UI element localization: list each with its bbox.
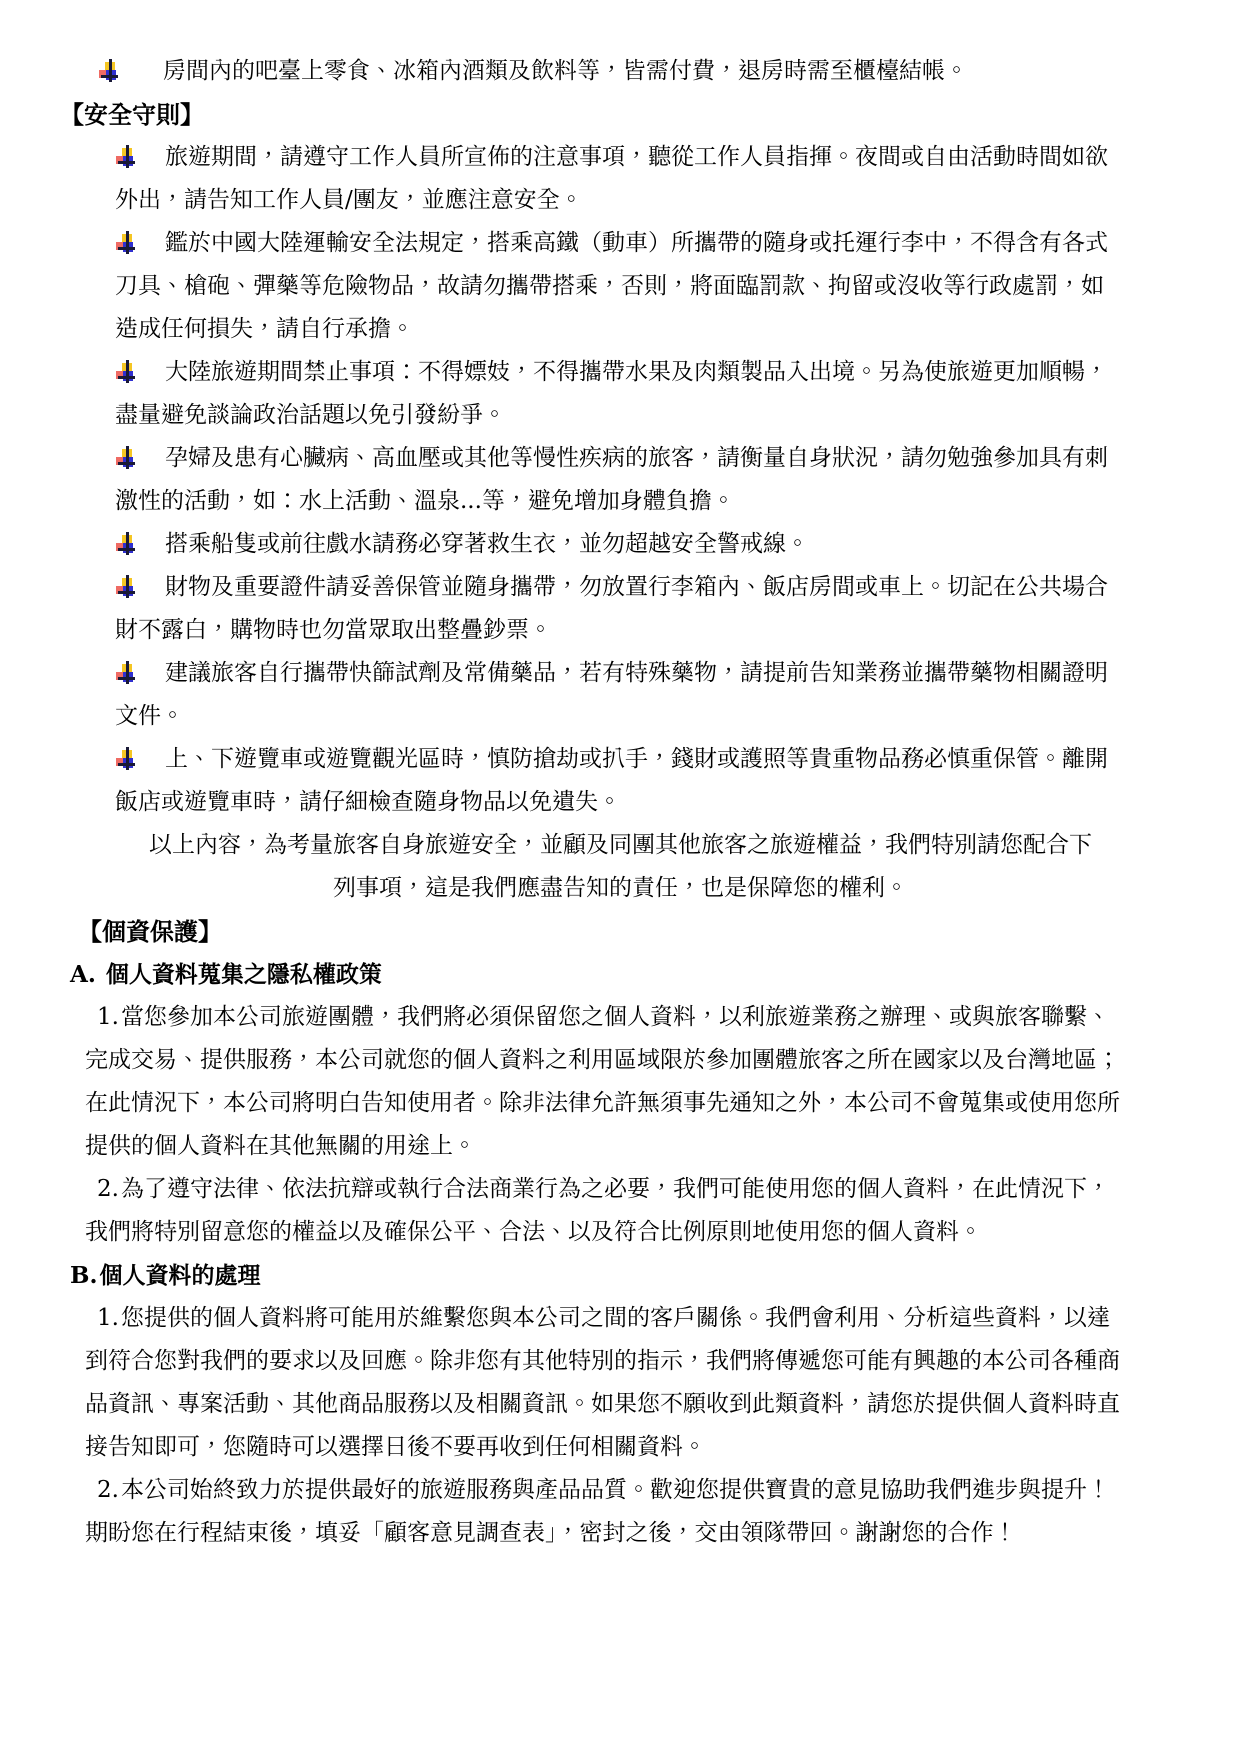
closing-paragraph: 以上內容，為考量旅客自身旅遊安全，並顧及同團其他旅客之旅遊權益，我們特別請您配合… xyxy=(120,824,1121,910)
down-arrow-bullet-icon xyxy=(115,747,135,770)
numbered-paragraph: 2.為了遵守法律、依法抗辯或執行合法商業行為之必要，我們可能使用您的個人資料，在… xyxy=(85,1168,1123,1254)
numbered-paragraph: 2.本公司始終致力於提供最好的旅遊服務與產品品質。歡迎您提供寶貴的意見協助我們進… xyxy=(85,1469,1123,1555)
list-item-text: 鑑於中國大陸運輸安全法規定，搭乘高鐵（動車）所攜帶的隨身或托運行李中，不得含有各… xyxy=(115,230,1108,342)
down-arrow-bullet-icon xyxy=(115,360,135,383)
down-arrow-bullet-icon xyxy=(115,145,135,168)
closing-line: 列事項，這是我們應盡告知的責任，也是保障您的權利。 xyxy=(333,875,908,901)
item-number: 1. xyxy=(97,1004,119,1030)
section-title-text: 個人資料的處理 xyxy=(99,1262,260,1289)
list-item: 孕婦及患有心臟病、高血壓或其他等慢性疾病的旅客，請衡量自身狀況，請勿勉強參加具有… xyxy=(115,437,1123,523)
privacy-section-b-heading: B.個人資料的處理 xyxy=(70,1254,1181,1297)
paragraph-text: 本公司始終致力於提供最好的旅遊服務與產品品質。歡迎您提供寶貴的意見協助我們進步與… xyxy=(85,1477,1110,1546)
down-arrow-bullet-icon xyxy=(98,59,118,82)
list-item: 財物及重要證件請妥善保管並隨身攜帶，勿放置行李箱內、飯店房間或車上。切記在公共場… xyxy=(115,566,1123,652)
down-arrow-bullet-icon xyxy=(115,231,135,254)
section-marker: A. xyxy=(70,953,96,996)
list-item: 鑑於中國大陸運輸安全法規定，搭乘高鐵（動車）所攜帶的隨身或托運行李中，不得含有各… xyxy=(115,222,1123,351)
section-title-safety: 【安全守則】 xyxy=(60,93,1181,136)
numbered-paragraph: 1.當您參加本公司旅遊團體，我們將必須保留您之個人資料，以利旅遊業務之辦理、或與… xyxy=(85,996,1123,1168)
privacy-section-a-heading: A.個人資料蒐集之隱私權政策 xyxy=(70,953,1181,996)
item-number: 2. xyxy=(97,1176,119,1202)
numbered-paragraph: 1.您提供的個人資料將可能用於維繫您與本公司之間的客戶關係。我們會利用、分析這些… xyxy=(85,1297,1123,1469)
document-page: 房間內的吧臺上零食、冰箱內酒類及飲料等，皆需付費，退房時需至櫃檯結帳。 【安全守… xyxy=(0,0,1241,1755)
list-item: 大陸旅遊期間禁止事項：不得嫖妓，不得攜帶水果及肉類製品入出境。另為使旅遊更加順暢… xyxy=(115,351,1123,437)
section-title-privacy: 【個資保護】 xyxy=(78,910,1181,953)
down-arrow-bullet-icon xyxy=(115,575,135,598)
paragraph-text: 您提供的個人資料將可能用於維繫您與本公司之間的客戶關係。我們會利用、分析這些資料… xyxy=(85,1305,1120,1460)
list-item: 建議旅客自行攜帶快篩試劑及常備藥品，若有特殊藥物，請提前告知業務並攜帶藥物相關證… xyxy=(115,652,1123,738)
list-item: 上、下遊覽車或遊覽觀光區時，慎防搶劫或扒手，錢財或護照等貴重物品務必慎重保管。離… xyxy=(115,738,1123,824)
item-number: 1. xyxy=(97,1305,119,1331)
list-item: 旅遊期間，請遵守工作人員所宣佈的注意事項，聽從工作人員指揮。夜間或自由活動時間如… xyxy=(115,136,1123,222)
list-item-text: 搭乘船隻或前往戲水請務必穿著救生衣，並勿超越安全警戒線。 xyxy=(165,531,809,557)
list-item-text: 旅遊期間，請遵守工作人員所宣佈的注意事項，聽從工作人員指揮。夜間或自由活動時間如… xyxy=(115,144,1108,213)
section-marker: B. xyxy=(70,1254,97,1297)
list-item-text: 財物及重要證件請妥善保管並隨身攜帶，勿放置行李箱內、飯店房間或車上。切記在公共場… xyxy=(115,574,1108,643)
closing-line: 以上內容，為考量旅客自身旅遊安全，並顧及同團其他旅客之旅遊權益，我們特別請您配合… xyxy=(149,832,1092,858)
list-item: 搭乘船隻或前往戲水請務必穿著救生衣，並勿超越安全警戒線。 xyxy=(115,523,1123,566)
down-arrow-bullet-icon xyxy=(115,446,135,469)
paragraph-text: 為了遵守法律、依法抗辯或執行合法商業行為之必要，我們可能使用您的個人資料，在此情… xyxy=(85,1176,1110,1245)
list-item-text: 孕婦及患有心臟病、高血壓或其他等慢性疾病的旅客，請衡量自身狀況，請勿勉強參加具有… xyxy=(115,445,1108,514)
list-item: 房間內的吧臺上零食、冰箱內酒類及飲料等，皆需付費，退房時需至櫃檯結帳。 xyxy=(98,50,1123,93)
list-item-text: 大陸旅遊期間禁止事項：不得嫖妓，不得攜帶水果及肉類製品入出境。另為使旅遊更加順暢… xyxy=(115,359,1108,428)
list-item-text: 上、下遊覽車或遊覽觀光區時，慎防搶劫或扒手，錢財或護照等貴重物品務必慎重保管。離… xyxy=(115,746,1108,815)
list-item-text: 建議旅客自行攜帶快篩試劑及常備藥品，若有特殊藥物，請提前告知業務並攜帶藥物相關證… xyxy=(115,660,1108,729)
down-arrow-bullet-icon xyxy=(115,661,135,684)
down-arrow-bullet-icon xyxy=(115,532,135,555)
item-number: 2. xyxy=(97,1477,119,1503)
paragraph-text: 當您參加本公司旅遊團體，我們將必須保留您之個人資料，以利旅遊業務之辦理、或與旅客… xyxy=(85,1004,1120,1159)
section-title-text: 個人資料蒐集之隱私權政策 xyxy=(106,961,382,988)
list-item-text: 房間內的吧臺上零食、冰箱內酒類及飲料等，皆需付費，退房時需至櫃檯結帳。 xyxy=(163,58,968,84)
